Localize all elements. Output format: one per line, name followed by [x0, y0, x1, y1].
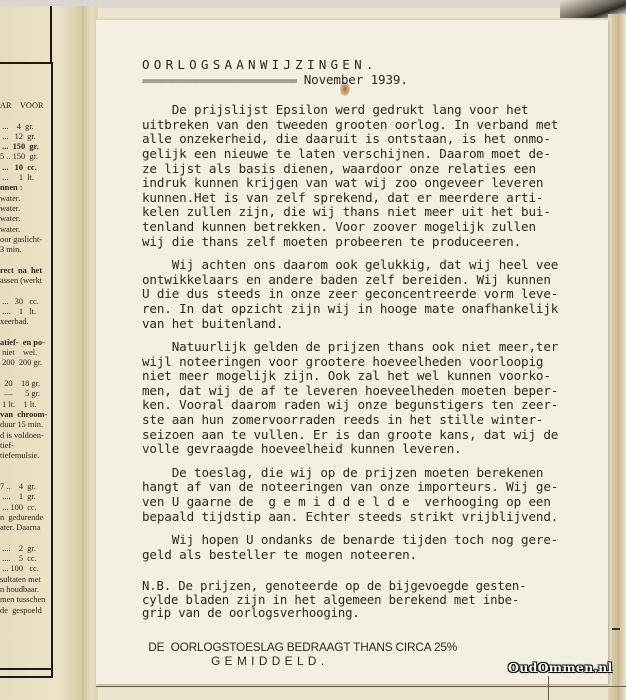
previous-page-line: tiefemulsie. — [0, 451, 80, 461]
text-line: kunnen.Het is van zelf sprekend, dat er … — [142, 191, 612, 206]
previous-page-line — [0, 255, 80, 265]
text-line: Wij achten ons daarom ook gelukkig, dat … — [142, 258, 612, 273]
text-line: ste aan hun zomervoorraden reeds in het … — [142, 413, 612, 428]
text-line: geld als besteller te mogen noteeren. — [142, 548, 612, 563]
text-line: ven U gaarne de g e m i d d e l d e verh… — [142, 495, 612, 510]
edge-mark — [612, 628, 620, 630]
previous-page-line: oor gaslicht- — [0, 235, 80, 245]
note-block: N.B. De prijzen, genoteerde op de bijgev… — [142, 580, 612, 620]
text-line: De prijslijst Epsilon werd gedrukt lang … — [142, 103, 612, 118]
divider — [548, 676, 549, 700]
text-line: men, dat wij de af te leveren hoeveelhed… — [142, 384, 612, 399]
document-title: OORLOGSAANWIJZINGEN. — [142, 58, 612, 73]
paragraph: De toeslag, die wij op de prijzen moeten… — [142, 466, 612, 524]
previous-page-line: atief- en po- — [0, 338, 80, 348]
previous-page-text: AR VOOR ... 4 gr. ... 12 gr. ... 150 gr.… — [0, 101, 80, 616]
previous-page-line: .... 1 gr. — [0, 492, 80, 502]
paragraph: Natuurlijk gelden de prijzen thans ook n… — [142, 340, 612, 457]
text-line: wij die thans zelf moeten probeeren te p… — [142, 235, 612, 250]
text-line: uitbreken van den tweeden grooten oorlog… — [142, 118, 612, 133]
previous-page-line — [0, 472, 80, 482]
paragraph: Wij achten ons daarom ook gelukkig, dat … — [142, 258, 612, 331]
previous-page-line: water. — [0, 194, 80, 204]
text-line: Natuurlijk gelden de prijzen thans ook n… — [142, 340, 612, 355]
text-line: ken. Vooral daarom raden wij onze beguns… — [142, 398, 612, 413]
previous-page-line: ater. Daarna — [0, 523, 80, 533]
title-underline-and-date: ================================ Novembe… — [142, 73, 612, 90]
previous-page-line: water. — [0, 214, 80, 224]
previous-page-line: xeerbad. — [0, 317, 80, 327]
text-line: alle onzekerheid, die daaruit is ontstaa… — [142, 132, 612, 147]
previous-page-line: rect na het — [0, 266, 80, 276]
previous-page-line: 200 200 gr. — [0, 358, 80, 368]
note-line: cylde bladen zijn in het algemeen bereke… — [142, 594, 612, 607]
previous-page-line: water. — [0, 225, 80, 235]
divider — [0, 668, 52, 670]
body-paragraphs: De prijslijst Epsilon werd gedrukt lang … — [142, 103, 612, 562]
note-line: N.B. De prijzen, genoteerde op de bijgev… — [142, 580, 612, 593]
divider — [96, 686, 626, 687]
text-line: tenland kunnen betrekken. Voor zoover mo… — [142, 220, 612, 235]
watermark-logo: OudOmmen.nl — [508, 660, 613, 675]
text-line: volle gevraagde hoeveelheid kunnen lever… — [142, 442, 612, 457]
previous-page-line: men tusschen — [0, 595, 80, 605]
previous-page-line: tief- — [0, 441, 80, 451]
previous-page-line: ... 100 cc. — [0, 564, 80, 574]
previous-page-line: 20 18 gr. — [0, 379, 80, 389]
text-line: ontwikkelaars en andere baden zelf berei… — [142, 273, 612, 288]
previous-page-line: ... 12 gr. — [0, 132, 80, 142]
previous-page-line: van chroom- — [0, 410, 80, 420]
previous-page-line: n gedurende — [0, 513, 80, 523]
previous-page-fragment: AR VOOR ... 4 gr. ... 12 gr. ... 150 gr.… — [0, 6, 82, 700]
previous-page-line: ... 4 gr. — [0, 122, 80, 132]
surcharge-line: DE OORLOGSTOESLAG BEDRAAGT THANS CIRCA 2… — [142, 640, 612, 654]
previous-page-line — [0, 533, 80, 543]
text-line: Wij hopen U ondanks de benarde tijden to… — [142, 533, 612, 548]
previous-page-line — [0, 111, 80, 121]
previous-page-line: 5 .. 150 gr. — [0, 152, 80, 162]
previous-page-line: de gespoeld — [0, 606, 80, 616]
previous-page-line: ... 10 cc. — [0, 163, 80, 173]
previous-page-line: duur 15 min. — [0, 420, 80, 430]
previous-page-line: 1 lt. 1 lt. — [0, 400, 80, 410]
typed-document: OORLOGSAANWIJZINGEN. ===================… — [142, 58, 612, 668]
text-line: gelijk een nieuwe te laten verschijnen. … — [142, 147, 612, 162]
previous-page-line: .... 1 lt. — [0, 307, 80, 317]
paragraph: De prijslijst Epsilon werd gedrukt lang … — [142, 103, 612, 249]
previous-page-line: ... 30 cc. — [0, 297, 80, 307]
previous-page-line: assen (werkt — [0, 276, 80, 286]
text-line: indruk kunnen krijgen van wat wij zoo on… — [142, 176, 612, 191]
previous-page-line: niet wel. — [0, 348, 80, 358]
document-date: November 1939. — [304, 72, 408, 87]
previous-page-line: 7 .. 4 gr. — [0, 482, 80, 492]
previous-page-line: d is voldoen- — [0, 431, 80, 441]
previous-page-line — [0, 369, 80, 379]
previous-page-line: nnen : — [0, 183, 80, 193]
previous-page-line: .... 5 cc. — [0, 554, 80, 564]
paragraph: Wij hopen U ondanks de benarde tijden to… — [142, 533, 612, 562]
text-line: seizoen aan te vullen. Er is dan groote … — [142, 428, 612, 443]
previous-page-line: .... 2 gr. — [0, 544, 80, 554]
previous-page-line: n houdbaar. — [0, 585, 80, 595]
previous-page-line — [0, 461, 80, 471]
text-line: hangt af van de noteeringen van onze imp… — [142, 480, 612, 495]
text-line: ren. In dat opzicht zijn wij in hooge ma… — [142, 302, 612, 317]
text-line: niet meer mogelijk zijn. Ook zal het wel… — [142, 369, 612, 384]
previous-page-line: AR VOOR — [0, 101, 80, 111]
text-line: bepaald tijdstip aan. Echter steeds stri… — [142, 510, 612, 525]
previous-page-line: water. — [0, 204, 80, 214]
previous-page-line: 3 min. — [0, 245, 80, 255]
text-line: De toeslag, die wij op de prijzen moeten… — [142, 466, 612, 481]
previous-page-line — [0, 328, 80, 338]
previous-page-line — [0, 286, 80, 296]
note-line: grip van de oorlogsverhooging. — [142, 607, 612, 620]
text-line: van het buitenland. — [142, 317, 612, 332]
previous-page-line: ... 1 lt. — [0, 173, 80, 183]
previous-page-line: ... 100 cc. — [0, 503, 80, 513]
frame-border — [50, 6, 52, 64]
previous-page-line: ... 150 gr. — [0, 142, 80, 152]
previous-page-line: — 5 gr. — [0, 389, 80, 399]
previous-page-line: sultaten met — [0, 575, 80, 585]
text-line: U die dus steeds in onze zeer geconcentr… — [142, 287, 612, 302]
text-line: ze lijst als basis dienen, waardoor onze… — [142, 162, 612, 177]
title-underline: ================================ — [142, 76, 296, 87]
text-line: wijl noteeringen voor grootere hoeveelhe… — [142, 355, 612, 370]
text-line: kelen zullen zijn, die wij thans niet me… — [142, 205, 612, 220]
